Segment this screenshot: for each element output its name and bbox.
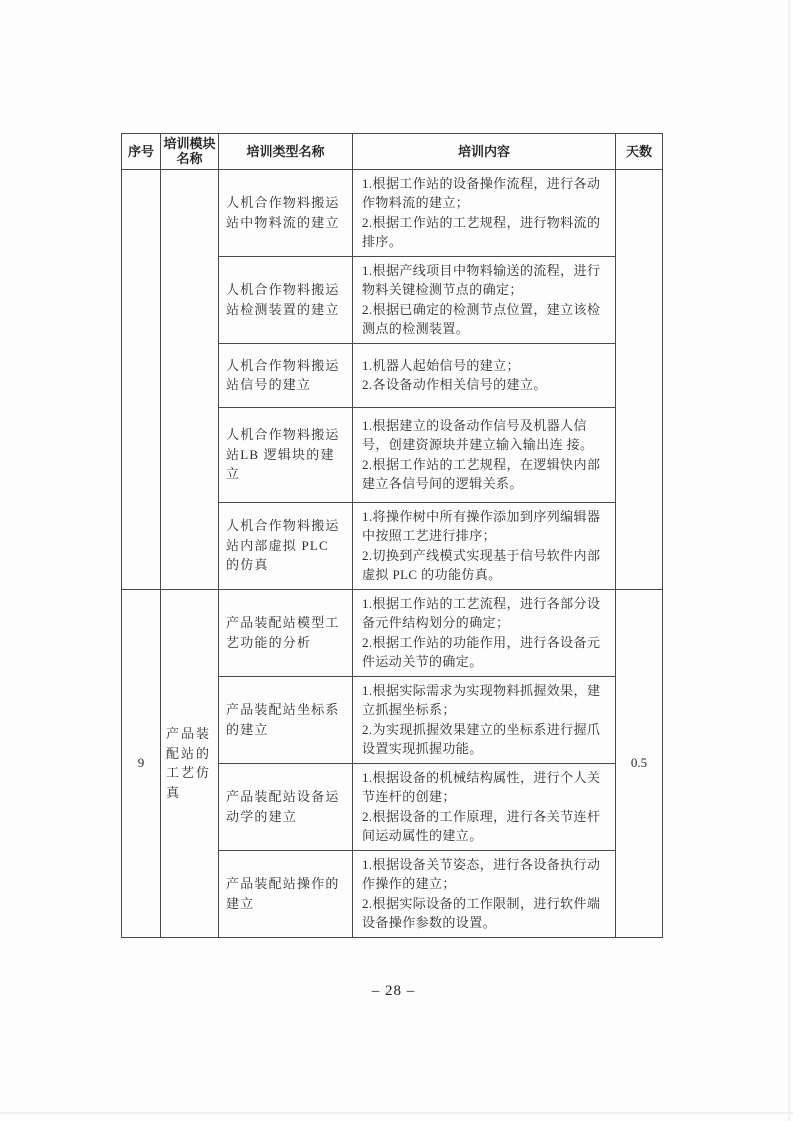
cell-content: 1.根据工作站的工艺流程，进行各部分设备元件结构划分的确定； 2.根据工作站的功… bbox=[353, 589, 616, 676]
cell-module-name: 产品装配站的工艺仿真 bbox=[161, 589, 219, 937]
cell-days bbox=[616, 169, 663, 589]
content-item: 2.根据工作站的工艺规程，在逻辑快内部建立各信号间的逻辑关系。 bbox=[362, 455, 606, 494]
content-item: 2.为实现抓握效果建立的坐标系进行握爪设置实现抓握功能。 bbox=[362, 720, 606, 759]
cell-type-name: 人机合作物料搬运站LB 逻辑块的建立 bbox=[219, 407, 353, 502]
content-item: 2.根据工作站的功能作用，进行各设备元件运动关节的确定。 bbox=[362, 633, 606, 672]
content-item: 1.根据工作站的工艺流程，进行各部分设备元件结构划分的确定； bbox=[362, 594, 606, 633]
content-item: 1.根据工作站的设备操作流程，进行各动作物料流的建立； bbox=[362, 174, 606, 213]
col-header-module: 培训模块名称 bbox=[161, 134, 219, 170]
cell-content: 1.根据工作站的设备操作流程，进行各动作物料流的建立； 2.根据工作站的工艺规程… bbox=[353, 169, 616, 256]
cell-content: 1.根据建立的设备动作信号及机器人信号，创建资源块并建立输入输出连 接。 2.根… bbox=[353, 407, 616, 502]
cell-content: 1.根据实际需求为实现物料抓握效果，建立抓握坐标系； 2.为实现抓握效果建立的坐… bbox=[353, 676, 616, 763]
cell-content: 1.根据设备关节姿态，进行各设备执行动作操作的建立； 2.根据实际设备的工作限制… bbox=[353, 850, 616, 937]
content-item: 2.根据设备的工作原理，进行各关节连杆间运动属性的建立。 bbox=[362, 807, 606, 846]
cell-content: 1.根据设备的机械结构属性，进行个人关节连杆的创建； 2.根据设备的工作原理，进… bbox=[353, 763, 616, 850]
cell-type-name: 产品装配站设备运动学的建立 bbox=[219, 763, 353, 850]
table-row: 9 产品装配站的工艺仿真 产品装配站模型工艺功能的分析 1.根据工作站的工艺流程… bbox=[122, 589, 663, 676]
content-item: 1.根据产线项目中物料输送的流程，进行物料关键检测节点的确定； bbox=[362, 261, 606, 300]
content-item: 1.根据设备的机械结构属性，进行个人关节连杆的创建； bbox=[362, 768, 606, 807]
training-table: 序号 培训模块名称 培训类型名称 培训内容 天数 人机合作物料搬运站中物料流的建… bbox=[121, 133, 663, 938]
col-header-index: 序号 bbox=[122, 134, 161, 170]
content-item: 2.切换到产线模式实现基于信号软件内部虚拟 PLC 的功能仿真。 bbox=[362, 546, 606, 585]
cell-content: 1.根据产线项目中物料输送的流程，进行物料关键检测节点的确定； 2.根据已确定的… bbox=[353, 256, 616, 343]
document-page: 序号 培训模块名称 培训类型名称 培训内容 天数 人机合作物料搬运站中物料流的建… bbox=[0, 0, 793, 1121]
cell-section-index bbox=[122, 169, 161, 589]
content-item: 1.根据建立的设备动作信号及机器人信号，创建资源块并建立输入输出连 接。 bbox=[362, 416, 606, 455]
page-number: – 28 – bbox=[0, 983, 787, 1000]
cell-type-name: 人机合作物料搬运站信号的建立 bbox=[219, 343, 353, 407]
table-row: 人机合作物料搬运站中物料流的建立 1.根据工作站的设备操作流程，进行各动作物料流… bbox=[122, 169, 663, 256]
cell-content: 1.机器人起始信号的建立； 2.各设备动作相关信号的建立。 bbox=[353, 343, 616, 407]
cell-type-name: 产品装配站坐标系的建立 bbox=[219, 676, 353, 763]
cell-days: 0.5 bbox=[616, 589, 663, 937]
scan-edge-right bbox=[788, 0, 790, 1121]
cell-module-name bbox=[161, 169, 219, 589]
table-header-row: 序号 培训模块名称 培训类型名称 培训内容 天数 bbox=[122, 134, 663, 170]
cell-content: 1.将操作树中所有操作添加到序列编辑器中按照工艺进行排序； 2.切换到产线模式实… bbox=[353, 502, 616, 589]
content-item: 1.将操作树中所有操作添加到序列编辑器中按照工艺进行排序； bbox=[362, 507, 606, 546]
cell-section-index: 9 bbox=[122, 589, 161, 937]
content-item: 2.根据已确定的检测节点位置，建立该检测点的检测装置。 bbox=[362, 300, 606, 339]
scan-edge-bottom bbox=[0, 1112, 793, 1114]
cell-type-name: 人机合作物料搬运站内部虚拟 PLC 的仿真 bbox=[219, 502, 353, 589]
content-item: 1.根据实际需求为实现物料抓握效果，建立抓握坐标系； bbox=[362, 681, 606, 720]
content-item: 1.机器人起始信号的建立； bbox=[362, 356, 606, 376]
cell-type-name: 产品装配站模型工艺功能的分析 bbox=[219, 589, 353, 676]
content-item: 1.根据设备关节姿态，进行各设备执行动作操作的建立； bbox=[362, 855, 606, 894]
col-header-type: 培训类型名称 bbox=[219, 134, 353, 170]
col-header-days: 天数 bbox=[616, 134, 663, 170]
content-item: 2.各设备动作相关信号的建立。 bbox=[362, 375, 606, 395]
cell-type-name: 人机合作物料搬运站检测装置的建立 bbox=[219, 256, 353, 343]
cell-type-name: 人机合作物料搬运站中物料流的建立 bbox=[219, 169, 353, 256]
content-item: 2.根据工作站的工艺规程，进行物料流的排序。 bbox=[362, 213, 606, 252]
col-header-content: 培训内容 bbox=[353, 134, 616, 170]
cell-type-name: 产品装配站操作的建立 bbox=[219, 850, 353, 937]
content-item: 2.根据实际设备的工作限制，进行软件端设备操作参数的设置。 bbox=[362, 894, 606, 933]
